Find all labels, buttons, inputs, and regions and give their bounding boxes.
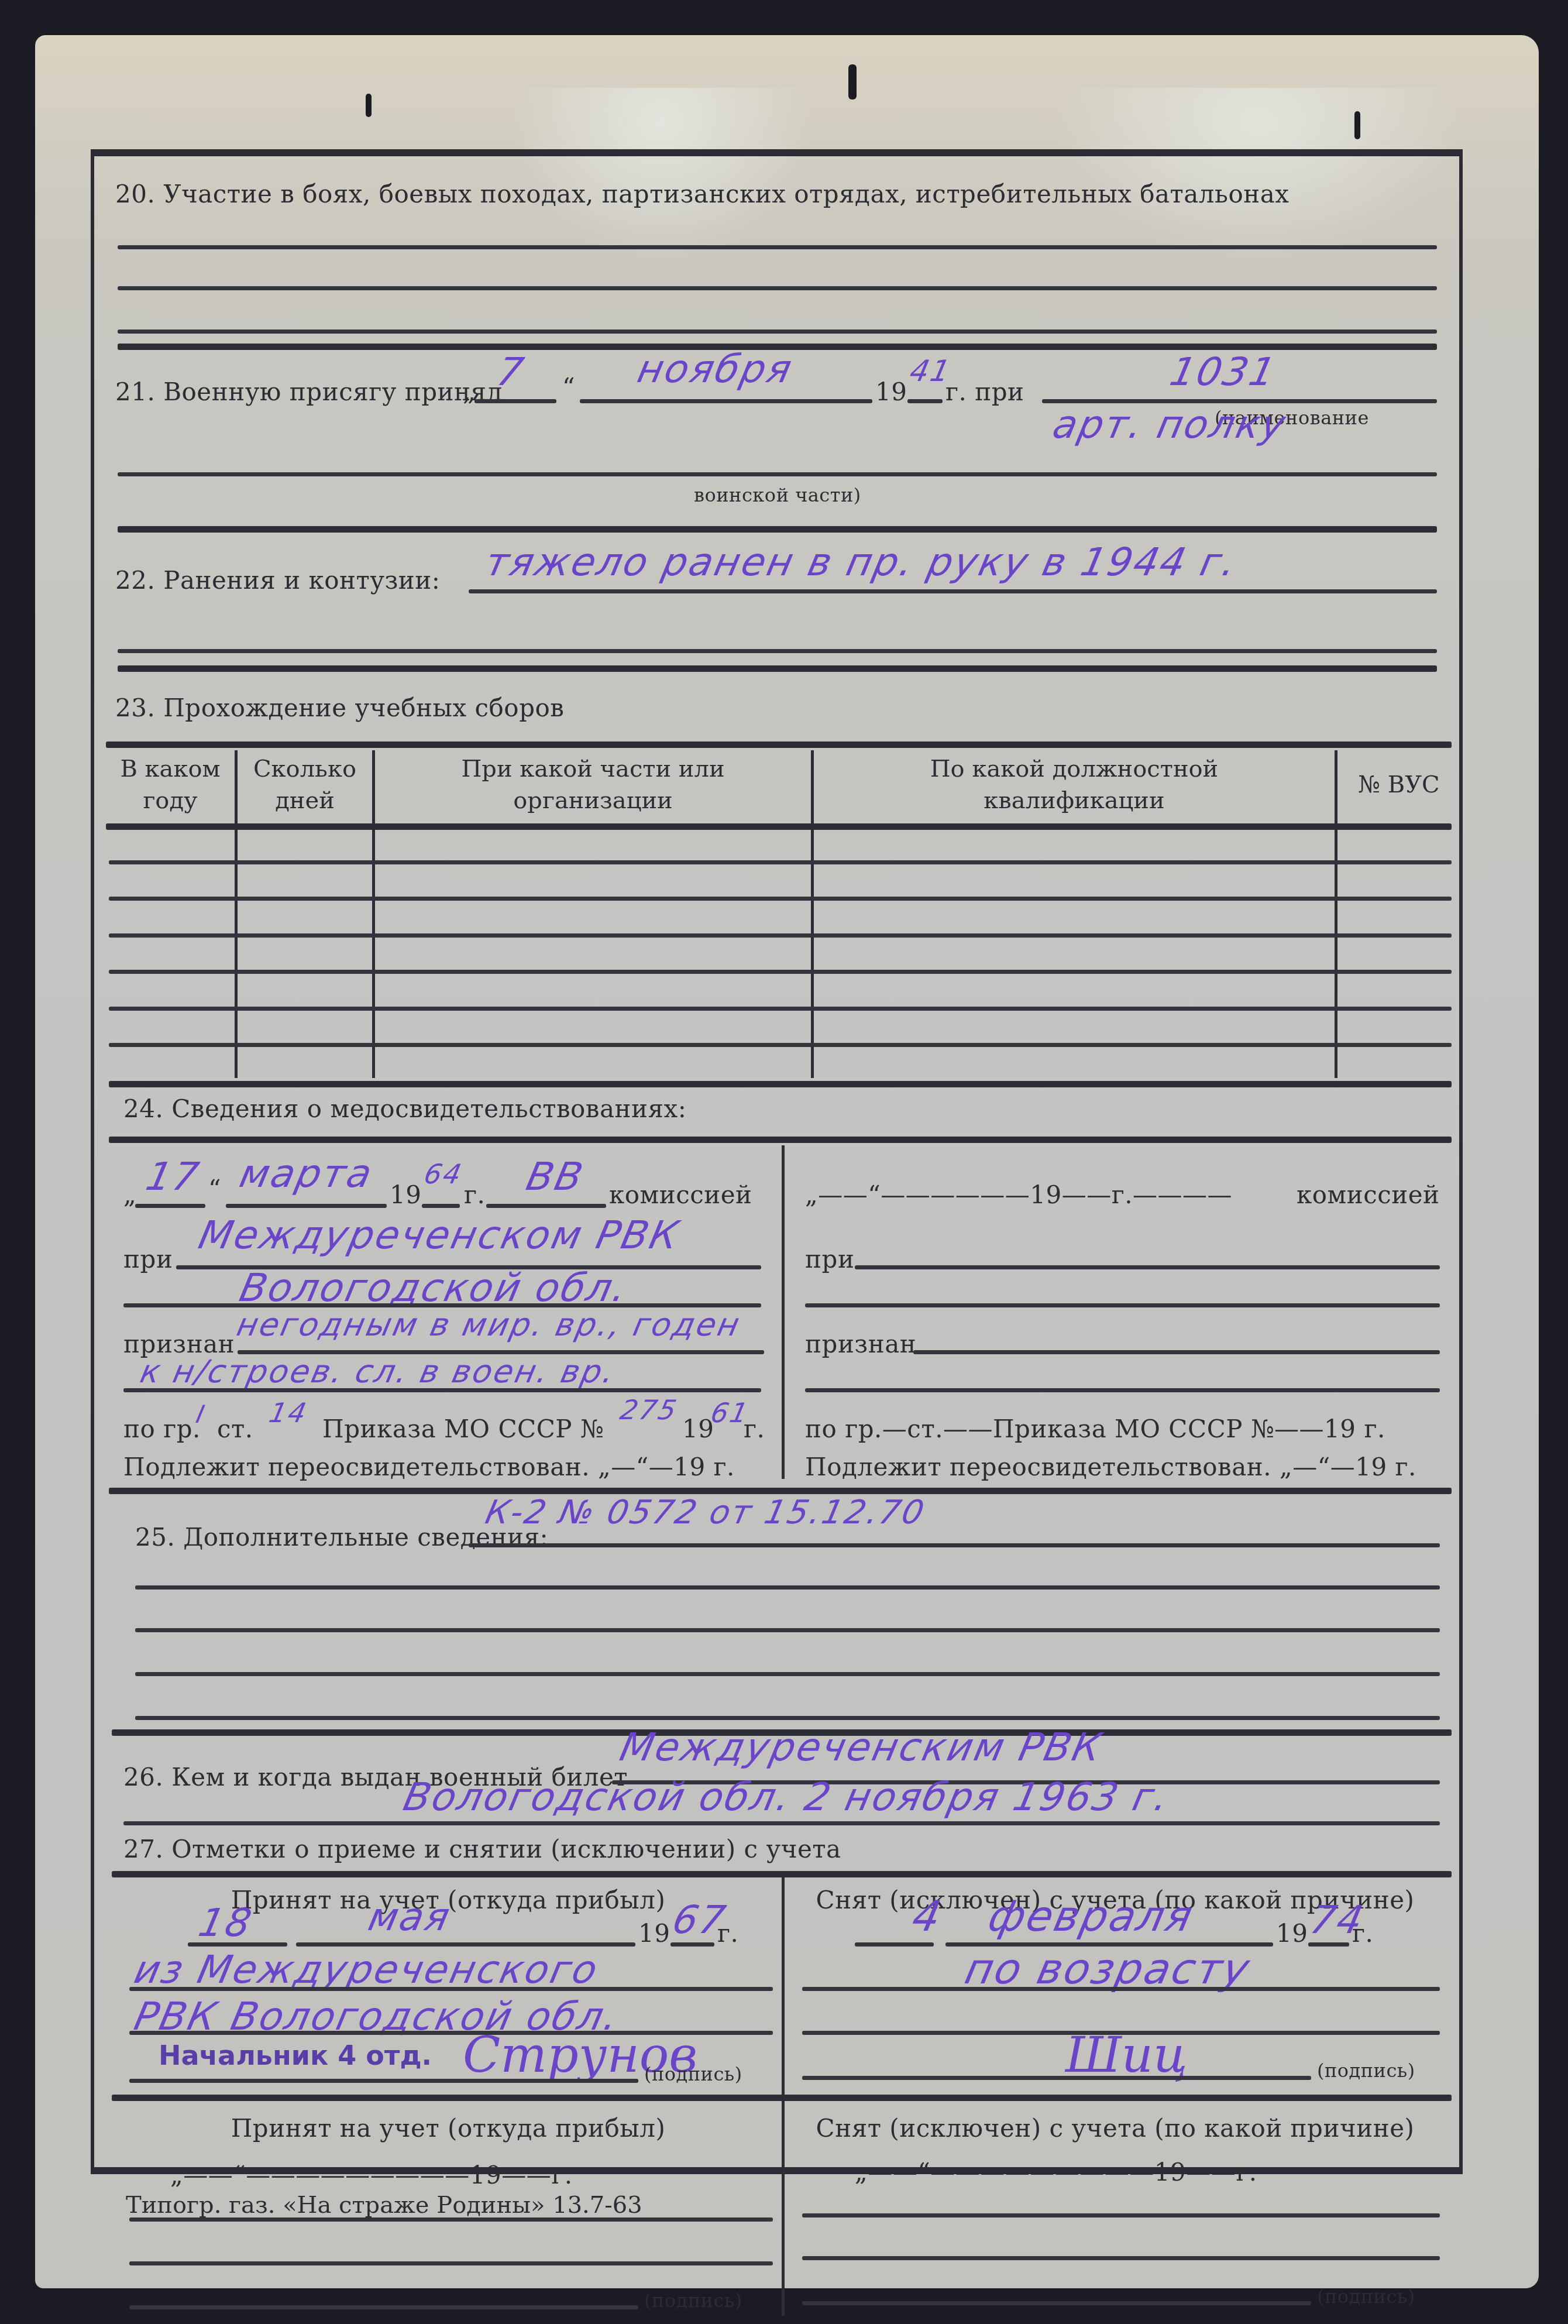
priznan-value-1[interactable]: негодным в мир. вр., годен <box>233 1306 744 1343</box>
priznan-line-2[interactable] <box>805 1388 1440 1392</box>
removed-reason-line[interactable] <box>802 1987 1440 1991</box>
header-text: По какой должностной <box>814 753 1335 785</box>
signature-caption: (подпись) <box>644 2063 742 2085</box>
section-20-line[interactable] <box>118 329 1437 334</box>
header-text: При какой части или <box>375 753 811 785</box>
commission-line[interactable] <box>486 1204 606 1208</box>
header-text: В каком <box>106 753 235 785</box>
date-line-empty[interactable]: „——“——————19——г.———— <box>805 1180 1232 1209</box>
signature-caption: (подпись) <box>644 2289 742 2312</box>
received-from-line[interactable] <box>129 1987 773 1991</box>
header-text: № ВУС <box>1337 769 1460 801</box>
punch-hole <box>848 64 857 99</box>
table-row[interactable] <box>109 933 1452 938</box>
wounds-value[interactable]: тяжело ранен в пр. руку в 1944 г. <box>482 540 1242 585</box>
exam-day-value[interactable]: 17 <box>142 1154 204 1199</box>
table-top-border <box>106 742 1452 748</box>
received-title-2: Принят на учет (откуда прибыл) <box>118 2114 779 2143</box>
year-prefix: 19 <box>682 1415 714 1443</box>
additional-info-line[interactable] <box>469 1543 1440 1547</box>
section-divider <box>118 526 1437 533</box>
stamp-chief-4-dept: Начальник 4 отд. <box>159 2040 432 2071</box>
col-header-qualification: По какой должностной квалификации <box>814 753 1335 816</box>
header-text: квалификации <box>814 785 1335 816</box>
priznan-label: признан <box>805 1330 916 1358</box>
received-signature-line[interactable] <box>129 2305 638 2309</box>
section-divider <box>109 1137 1452 1143</box>
exam-month-line[interactable] <box>226 1204 387 1208</box>
g-pri-label: г. при <box>945 377 1024 406</box>
st-label: ст. <box>217 1415 253 1443</box>
close-quote: “ <box>208 1175 221 1203</box>
received-from-line-2[interactable] <box>129 2261 773 2265</box>
table-column-divider <box>811 750 814 1078</box>
year-prefix: 19 <box>390 1180 421 1209</box>
col-header-days: Сколько дней <box>238 753 372 816</box>
reexam-label: Подлежит переосвидетельствован. „—“—19 г… <box>123 1453 735 1481</box>
form-frame: 20. Участие в боях, боевых походах, парт… <box>91 149 1463 2174</box>
section-20-line[interactable] <box>118 245 1437 249</box>
additional-info-line-2[interactable] <box>135 1585 1440 1590</box>
received-date-line-empty[interactable]: „——“—————————19——г. <box>170 2161 573 2189</box>
open-quote: „ <box>123 1180 136 1209</box>
section-21-label: 21. Военную присягу принял <box>115 377 503 406</box>
col-header-unit: При какой части или организации <box>375 753 811 816</box>
removed-date-line-empty[interactable]: „——“—————————19——г. <box>855 2158 1257 2186</box>
exam-day-line[interactable] <box>135 1204 205 1208</box>
removed-month-value[interactable]: февраля <box>984 1892 1198 1941</box>
year-prefix: 19 <box>638 1919 670 1948</box>
removed-reason-line-2[interactable] <box>802 2256 1440 2260</box>
oath-day-line[interactable] <box>474 399 556 403</box>
section-divider <box>118 665 1437 672</box>
removed-year-line[interactable] <box>1308 1942 1349 1947</box>
g-label: г. <box>1352 1919 1373 1948</box>
oath-unit-name[interactable]: арт. полку <box>1049 402 1291 447</box>
oath-year-line[interactable] <box>907 399 943 403</box>
section-20-label: 20. Участие в боях, боевых походах, парт… <box>115 180 1289 208</box>
removed-day-line[interactable] <box>855 1942 934 1947</box>
section-20-line[interactable] <box>118 286 1437 290</box>
section-24-label: 24. Сведения о медосвидетельствованиях: <box>123 1094 686 1123</box>
table-row[interactable] <box>109 1043 1452 1047</box>
table-column-divider <box>372 750 375 1078</box>
exam-month-value[interactable]: марта <box>236 1151 377 1196</box>
oath-month-value[interactable]: ноября <box>634 346 797 392</box>
year-prefix: 19 <box>875 377 907 406</box>
section-22-label: 22. Ранения и контузии: <box>115 566 441 595</box>
year-prefix: 19 <box>1276 1919 1308 1948</box>
signature-caption: (подпись) <box>1317 2059 1415 2082</box>
table-header-border <box>106 823 1452 830</box>
id-issued-value-1[interactable]: Междуреченским РВК <box>616 1725 1107 1770</box>
st-value[interactable]: 14 <box>266 1397 311 1429</box>
punch-hole <box>1354 111 1360 139</box>
additional-info-line-3[interactable] <box>135 1628 1440 1632</box>
col-header-vus: № ВУС <box>1337 769 1460 801</box>
g-label: г. <box>717 1919 738 1948</box>
removed-reason-line[interactable] <box>802 2213 1440 2217</box>
col-header-year: В каком году <box>106 753 235 816</box>
punch-hole <box>366 94 372 117</box>
section-23-label: 23. Прохождение учебных сборов <box>115 694 564 722</box>
printer-imprint: Типогр. газ. «На страже Родины» 13.7-63 <box>126 2192 642 2219</box>
received-month-value[interactable]: мая <box>365 1894 455 1939</box>
table-row[interactable] <box>109 860 1452 864</box>
removed-signature-line[interactable] <box>802 2301 1311 2305</box>
signature-caption: (подпись) <box>1317 2285 1415 2308</box>
close-quote: “ <box>562 373 575 401</box>
commission-label: комиссией <box>609 1180 752 1209</box>
removed-signature: Шиц <box>1065 2026 1188 2083</box>
order-label: Приказа МО СССР № <box>322 1415 604 1443</box>
priznan-value-2[interactable]: к н/строев. сл. в воен. вр. <box>137 1353 619 1390</box>
received-month-line[interactable] <box>296 1942 635 1947</box>
open-quote: „ <box>463 377 476 406</box>
oath-day-value[interactable]: 7 <box>493 349 529 394</box>
po-gr-label: по гр. <box>123 1415 201 1443</box>
commission-value[interactable]: ВВ <box>522 1154 589 1199</box>
removed-signature-line[interactable] <box>802 2076 1311 2080</box>
oath-month-line[interactable] <box>580 399 872 403</box>
id-issued-value-2[interactable]: Вологодской обл. 2 ноября 1963 г. <box>400 1774 1174 1820</box>
section-divider <box>112 2095 1452 2101</box>
oath-unit-line-2[interactable] <box>118 472 1437 476</box>
received-signature-line[interactable] <box>129 2079 638 2083</box>
table-column-divider <box>235 750 238 1078</box>
order-number-value[interactable]: 275 <box>617 1394 680 1426</box>
exam-year-line[interactable] <box>422 1204 460 1208</box>
additional-info-line-5[interactable] <box>135 1716 1440 1720</box>
header-text: дней <box>238 785 372 816</box>
id-issued-line-2[interactable] <box>123 1821 1440 1825</box>
g-label: г. <box>464 1180 485 1209</box>
table-column-divider <box>1335 750 1337 1078</box>
table-row[interactable] <box>109 897 1452 901</box>
additional-info-line-4[interactable] <box>135 1672 1440 1676</box>
section-27-label: 27. Отметки о приеме и снятии (исключени… <box>123 1835 841 1863</box>
section-24-column-divider <box>782 1145 785 1479</box>
commission-label: комиссией <box>1297 1180 1440 1209</box>
g-label: г. <box>744 1415 765 1443</box>
order-line-empty[interactable]: по гр.—ст.——Приказа МО СССР №——19 г. <box>805 1415 1385 1443</box>
wounds-line[interactable] <box>469 589 1437 593</box>
wounds-line-2[interactable] <box>118 649 1437 653</box>
removed-title-2: Снят (исключен) с учета (по какой причин… <box>785 2114 1446 2143</box>
received-year-line[interactable] <box>670 1942 714 1947</box>
received-day-value[interactable]: 18 <box>195 1900 257 1945</box>
caption-voinskoy-chasti: воинской части) <box>694 484 861 506</box>
pri-line-2[interactable] <box>805 1303 1440 1307</box>
header-text: Сколько <box>238 753 372 785</box>
table-bottom-border <box>109 1081 1452 1087</box>
pri-value-1[interactable]: Междуреченском РВК <box>195 1213 685 1258</box>
pri-label: при <box>805 1245 854 1273</box>
oath-unit-number[interactable]: 1031 <box>1166 349 1281 394</box>
additional-info-value[interactable]: К-2 № 0572 от 15.12.70 <box>482 1494 929 1532</box>
received-day-line[interactable] <box>188 1942 287 1947</box>
priznan-line-2[interactable] <box>123 1388 761 1392</box>
table-row[interactable] <box>109 970 1452 974</box>
pri-line[interactable] <box>855 1265 1440 1269</box>
reexam-label: Подлежит переосвидетельствован. „—“—19 г… <box>805 1453 1416 1481</box>
received-from-1[interactable]: из Междуреченского <box>130 1947 603 1992</box>
pri-label: при <box>123 1245 173 1273</box>
priznan-line[interactable] <box>913 1350 1440 1354</box>
header-text: организации <box>375 785 811 816</box>
exam-year-value[interactable]: 64 <box>421 1158 466 1190</box>
table-row[interactable] <box>109 1007 1452 1011</box>
header-text: году <box>106 785 235 816</box>
removed-reason[interactable]: по возрасту <box>961 1944 1256 1993</box>
